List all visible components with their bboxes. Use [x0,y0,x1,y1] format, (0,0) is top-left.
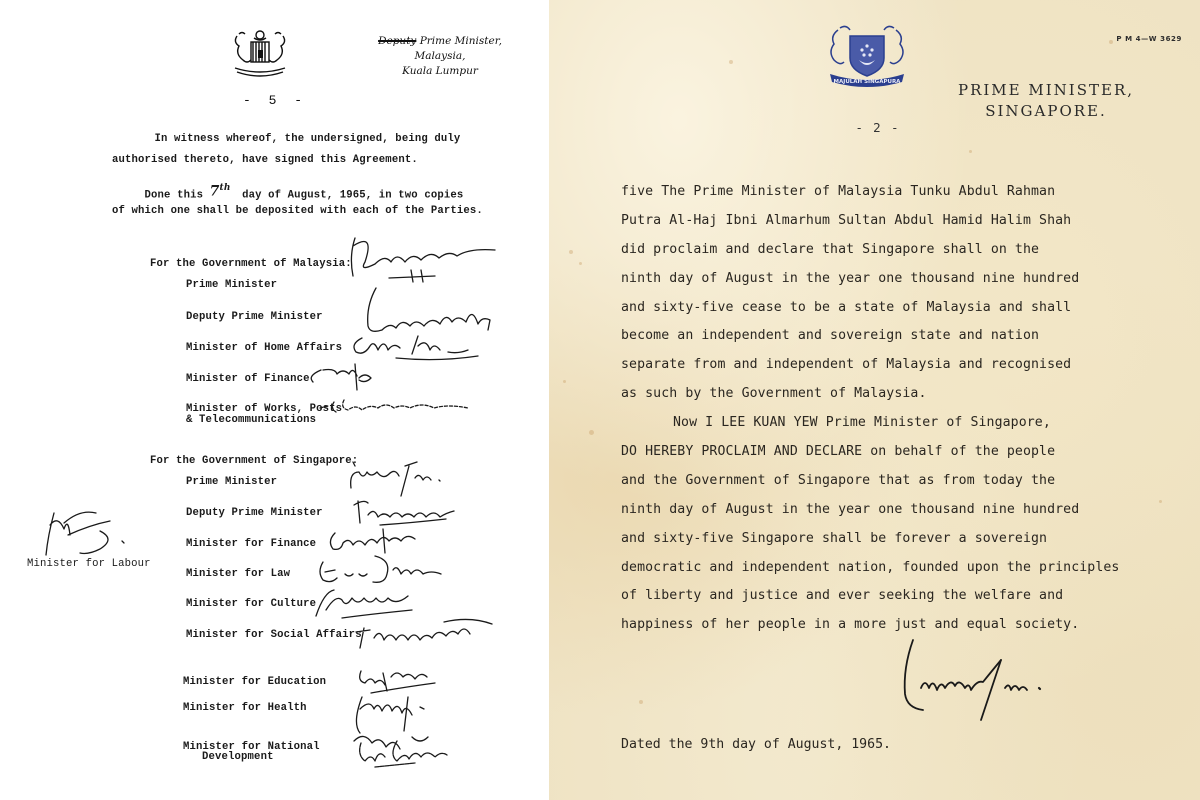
malaysia-signatory: Deputy Prime Minister [186,311,323,324]
signature-singapore-law [315,552,455,590]
body-line: as such by the Government of Malaysia. [621,380,1196,409]
singapore-signatory: Minister for Health [183,702,307,715]
body-line: five The Prime Minister of Malaysia Tunk… [621,178,1196,207]
malaysia-signatory: Minister of Finance [186,373,310,386]
letterhead-line-2: Malaysia, [370,49,510,64]
body-line: become an independent and sovereign stat… [621,322,1196,351]
witness-line-1: In witness whereof, the undersigned, bei… [122,133,460,146]
letterhead-line-1: PRIME MINISTER, [936,80,1156,101]
body-line: separate from and independent of Malaysi… [621,351,1196,380]
singapore-heading: For the Government of Singapore: [150,455,358,468]
signature-singapore-social-affairs [354,614,494,652]
done-line-1: Done this 7th day of August, 1965, in tw… [112,184,463,203]
body-line: did proclaim and declare that Singapore … [621,236,1196,265]
body-line: democratic and independent nation, found… [621,554,1196,583]
body-line: and sixty-five Singapore shall be foreve… [621,525,1196,554]
malaysia-signatory: Prime Minister [186,279,277,292]
done-prefix: Done this [112,190,210,202]
signature-singapore-national-development [355,735,455,769]
signature-singapore-education [355,665,445,695]
struck-word: Deputy [378,35,416,47]
proclamation-body: five The Prime Minister of Malaysia Tunk… [621,178,1196,640]
signature-malaysia-pm [345,236,505,290]
letterhead-line-3: Kuala Lumpur [370,64,510,79]
paper-stain [569,250,573,254]
body-line: and the Government of Singapore that as … [621,467,1196,496]
malaysia-signatory: Minister of Home Affairs [186,342,342,355]
paper-stain [579,262,582,265]
singapore-signatory: Minister for Finance [186,538,316,551]
malaysia-agreement-page: Deputy Prime Minister, Malaysia, Kuala L… [0,0,549,800]
witness-line-2: authorised thereto, have signed this Agr… [112,154,418,167]
singapore-signatory: Minister for Education [183,676,326,689]
emblem-motto: MAJULAH SINGAPURA [834,79,902,85]
done-line-2: of which one shall be deposited with eac… [112,205,483,218]
body-line: ninth day of August in the year one thou… [621,496,1196,525]
signature-malaysia-home-affairs [348,332,488,362]
singapore-signatory: Deputy Prime Minister [186,507,323,520]
handwritten-day: 7th [210,182,236,199]
dated-line: Dated the 9th day of August, 1965. [621,737,891,752]
body-line: happiness of her people in a more just a… [621,611,1196,640]
signature-minister-labour [40,505,130,563]
paper-stain [729,60,733,64]
singapore-signatory: Minister for Law [186,568,290,581]
singapore-signatory: Development [202,751,274,764]
signature-malaysia-deputy-pm [362,286,502,336]
singapore-coat-of-arms-icon: MAJULAH SINGAPURA [826,22,908,90]
malaysia-coat-of-arms-icon [229,28,291,80]
signature-malaysia-works [318,394,488,420]
singapore-signatory: Minister for Social Affairs [186,629,362,642]
page-number: - 2 - [857,121,901,135]
letterhead-line-1: Prime Minister, [420,35,502,47]
signature-singapore-deputy-pm [350,495,460,527]
body-line: Now I LEE KUAN YEW Prime Minister of Sin… [621,409,1196,438]
malaysia-signatory: & Telecommunications [186,414,316,427]
signature-malaysia-finance [305,362,395,392]
paper-stain [639,700,643,704]
paper-stain [969,150,972,153]
malaysia-heading: For the Government of Malaysia: [150,258,352,271]
singapore-proclamation-page: MAJULAH SINGAPURA P M 4—W 3629 PRIME MIN… [549,0,1200,800]
singapore-signatory: Prime Minister [186,476,277,489]
paper-stain [563,380,566,383]
page-number: - 5 - [243,93,307,108]
done-suffix: day of August, 1965, in two copies [236,190,464,202]
body-line: of liberty and justice and ever seeking … [621,582,1196,611]
letterhead-line-2: SINGAPORE. [936,101,1156,122]
paper-stain [1109,40,1113,44]
paper-stain [589,430,594,435]
body-line: Putra Al-Haj Ibni Almarhum Sultan Abdul … [621,207,1196,236]
form-code: P M 4—W 3629 [1116,35,1182,43]
singapore-signatory: Minister for Culture [186,598,316,611]
malaysia-letterhead: Deputy Prime Minister, Malaysia, Kuala L… [370,34,510,79]
signature-lee-kuan-yew [901,638,1051,724]
body-line: ninth day of August in the year one thou… [621,265,1196,294]
body-line: DO HEREBY PROCLAIM AND DECLARE on behalf… [621,438,1196,467]
singapore-letterhead: PRIME MINISTER, SINGAPORE. [936,80,1156,122]
body-line: and sixty-five cease to be a state of Ma… [621,294,1196,323]
